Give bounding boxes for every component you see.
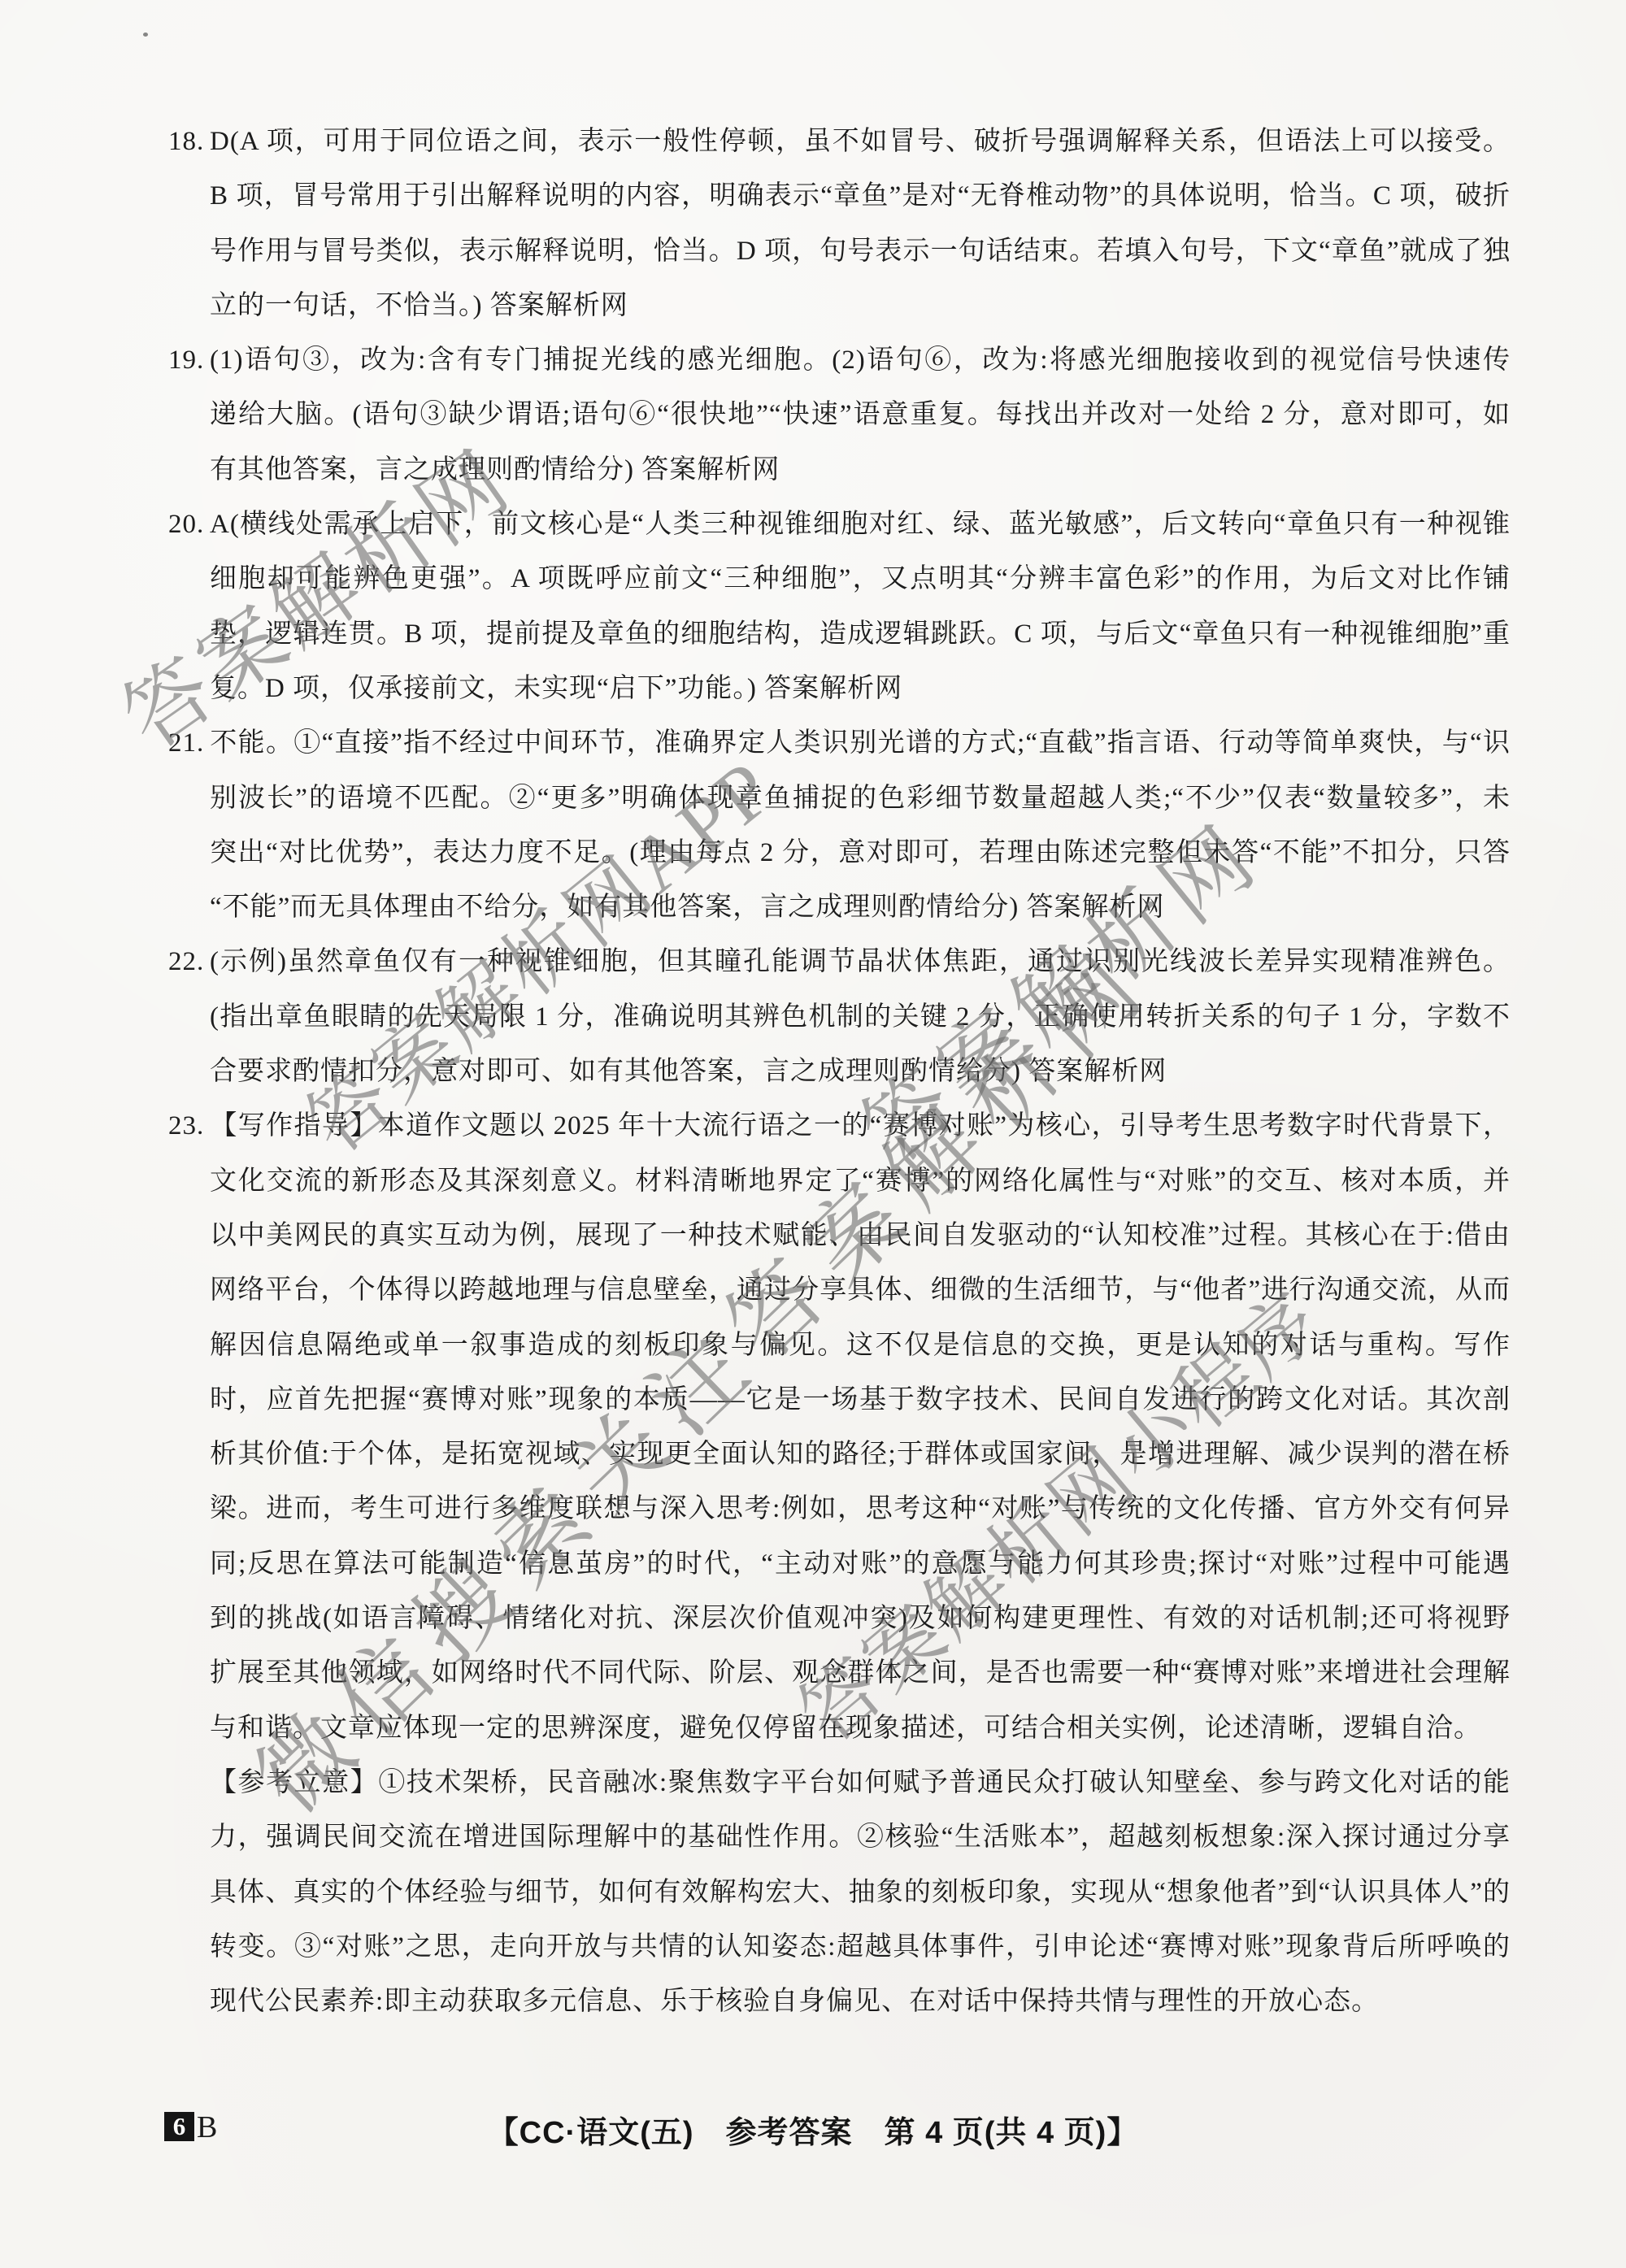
answer-line: 力，强调民间交流在增进国际理解中的基础性作用。②核验“生活账本”，超越刻板想象:… <box>210 1810 1511 1865</box>
answer-line: B 项，冒号常用于引出解释说明的内容，明确表示“章鱼”是对“无脊椎动物”的具体说… <box>210 169 1511 224</box>
answer-line: 同;反思在算法可能制造“信息茧房”的时代，“主动对账”的意愿与能力何其珍贵;探讨… <box>210 1537 1511 1592</box>
item-number: 19. <box>168 333 210 388</box>
answer-line: 立的一句话，不恰当。) 答案解析网 <box>210 279 1511 333</box>
answer-line: 以中美网民的真实互动为例，展现了一种技术赋能、由民间自发驱动的“认知校准”过程。… <box>210 1209 1511 1263</box>
answer-line: 【参考立意】①技术架桥，民音融冰:聚焦数字平台如何赋予普通民众打破认知壁垒、参与… <box>210 1756 1511 1810</box>
answer-line: 时，应首先把握“赛博对账”现象的本质——它是一场基于数字技术、民间自发进行的跨文… <box>210 1373 1511 1427</box>
answer-line: 20.A(横线处需承上启下，前文核心是“人类三种视锥细胞对红、绿、蓝光敏感”，后… <box>168 497 1511 552</box>
answer-line: 递给大脑。(语句③缺少谓语;语句⑥“很快地”“快速”语意重复。每找出并改对一处给… <box>210 388 1511 442</box>
answer-item: 21.不能。①“直接”指不经过中间环节，准确界定人类识别光谱的方式;“直截”指言… <box>168 716 1511 935</box>
answer-line: 转变。③“对账”之思，走向开放与共情的认知姿态:超越具体事件，引申论述“赛博对账… <box>210 1920 1511 1975</box>
item-number: 20. <box>168 497 210 552</box>
answer-line: 号作用与冒号类似，表示解释说明，恰当。D 项，句号表示一句话结束。若填入句号，下… <box>210 224 1511 279</box>
answer-line: 文化交流的新形态及其深刻意义。材料清晰地界定了“赛博”的网络化属性与“对账”的交… <box>210 1154 1511 1209</box>
answer-line: 别波长”的语境不匹配。②“更多”明确体现章鱼捕捉的色彩细节数量超越人类;“不少”… <box>210 771 1511 826</box>
answer-line: 18.D(A 项，可用于同位语之间，表示一般性停顿，虽不如冒号、破折号强调解释关… <box>168 115 1511 169</box>
item-number: 21. <box>168 716 210 771</box>
answer-list: 18.D(A 项，可用于同位语之间，表示一般性停顿，虽不如冒号、破折号强调解释关… <box>168 115 1511 2029</box>
answer-line: 网络平台，个体得以跨越地理与信息壁垒，通过分享具体、细微的生活细节，与“他者”进… <box>210 1263 1511 1318</box>
answer-line: 细胞却可能辨色更强”。A 项既呼应前文“三种细胞”，又点明其“分辨丰富色彩”的作… <box>210 552 1511 606</box>
answer-item: 23.【写作指导】本道作文题以 2025 年十大流行语之一的“赛博对账”为核心，… <box>168 1099 1511 2029</box>
booklet-code-digit: 6 <box>164 2112 194 2141</box>
answer-line: 22.(示例)虽然章鱼仅有一种视锥细胞，但其瞳孔能调节晶状体焦距，通过识别光线波… <box>168 935 1511 989</box>
answer-line: 具体、真实的个体经验与细节，如何有效解构宏大、抽象的刻板印象，实现从“想象他者”… <box>210 1866 1511 1920</box>
item-number: 18. <box>168 115 210 169</box>
answer-line: 解因信息隔绝或单一叙事造成的刻板印象与偏见。这不仅是信息的交换，更是认知的对话与… <box>210 1319 1511 1373</box>
answer-line: 垫，逻辑连贯。B 项，提前提及章鱼的细胞结构，造成逻辑跳跃。C 项，与后文“章鱼… <box>210 607 1511 662</box>
page-footer: 6B 【CC·语文(五) 参考答案 第 4 页(共 4 页)】 <box>0 2107 1626 2156</box>
answer-item: 18.D(A 项，可用于同位语之间，表示一般性停顿，虽不如冒号、破折号强调解释关… <box>168 115 1511 333</box>
scanned-answer-page: 18.D(A 项，可用于同位语之间，表示一般性停顿，虽不如冒号、破折号强调解释关… <box>0 0 1626 2268</box>
item-number: 22. <box>168 935 210 989</box>
booklet-code: 6B <box>164 2112 217 2143</box>
answer-line: 复。D 项，仅承接前文，未实现“启下”功能。) 答案解析网 <box>210 662 1511 716</box>
answer-line: 析其价值:于个体，是拓宽视域、实现更全面认知的路径;于群体或国家间，是增进理解、… <box>210 1427 1511 1482</box>
answer-line: 与和谐。文章应体现一定的思辨深度，避免仅停留在现象描述，可结合相关实例，论述清晰… <box>210 1701 1511 1756</box>
answer-item: 19.(1)语句③，改为:含有专门捕捉光线的感光细胞。(2)语句⑥，改为:将感光… <box>168 333 1511 497</box>
answer-line: “不能”而无具体理由不给分，如有其他答案，言之成理则酌情给分) 答案解析网 <box>210 880 1511 935</box>
answer-item: 22.(示例)虽然章鱼仅有一种视锥细胞，但其瞳孔能调节晶状体焦距，通过识别光线波… <box>168 935 1511 1099</box>
answer-line: 突出“对比优势”，表达力度不足。(理由每点 2 分，意对即可，若理由陈述完整但未… <box>210 826 1511 880</box>
scan-speck <box>143 33 148 37</box>
answer-line: 21.不能。①“直接”指不经过中间环节，准确界定人类识别光谱的方式;“直截”指言… <box>168 716 1511 771</box>
footer-caption: 【CC·语文(五) 参考答案 第 4 页(共 4 页)】 <box>0 2107 1626 2152</box>
item-number: 23. <box>168 1099 210 1154</box>
booklet-code-letter: B <box>197 2112 217 2143</box>
answer-line: 现代公民素养:即主动获取多元信息、乐于核验自身偏见、在对话中保持共情与理性的开放… <box>210 1975 1511 2029</box>
answer-line: 有其他答案，言之成理则酌情给分) 答案解析网 <box>210 443 1511 497</box>
answer-line: 到的挑战(如语言障碍、情绪化对抗、深层次价值观冲突)及如何构建更理性、有效的对话… <box>210 1592 1511 1646</box>
answer-line: 19.(1)语句③，改为:含有专门捕捉光线的感光细胞。(2)语句⑥，改为:将感光… <box>168 333 1511 388</box>
answer-line: 合要求酌情扣分，意对即可、如有其他答案，言之成理则酌情给分) 答案解析网 <box>210 1045 1511 1099</box>
answer-item: 20.A(横线处需承上启下，前文核心是“人类三种视锥细胞对红、绿、蓝光敏感”，后… <box>168 497 1511 716</box>
answer-line: 23.【写作指导】本道作文题以 2025 年十大流行语之一的“赛博对账”为核心，… <box>168 1099 1511 1154</box>
answer-line: 扩展至其他领域，如网络时代不同代际、阶层、观念群体之间，是否也需要一种“赛博对账… <box>210 1646 1511 1701</box>
answer-line: 梁。进而，考生可进行多维度联想与深入思考:例如，思考这种“对账”与传统的文化传播… <box>210 1482 1511 1536</box>
answer-line: (指出章鱼眼睛的先天局限 1 分，准确说明其辨色机制的关键 2 分，正确使用转折… <box>210 990 1511 1045</box>
